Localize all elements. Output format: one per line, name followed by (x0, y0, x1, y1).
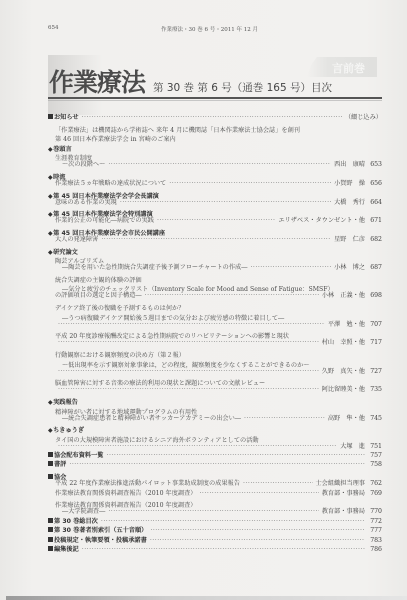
entry-page-number: 698 (368, 291, 382, 300)
toc-section: 第 30 巻著者別索引（五十音順）777 (48, 526, 382, 535)
toc-section: 編集後記786 (48, 545, 382, 554)
toc-entry: 統合失調症の主観的体験の評価 (48, 273, 382, 282)
toc-entry: 平澤 勉・他707 (48, 320, 382, 329)
entry-title: 平成 22 年度作業療法推進活動パイロット事業助成制度の成果報告 (55, 479, 240, 488)
issue-subtitle: 第 30 巻 第 6 号（通巻 165 号）目次 (153, 82, 332, 94)
entry-title: 作業的公正の可能化―病院での実践 (55, 216, 154, 225)
entry-title: 意味のある作業の実現 (55, 198, 117, 207)
leader-dots (157, 216, 275, 225)
square-bullet-icon (48, 537, 53, 542)
masthead: 作業療法第 30 巻 第 6 号（通巻 165 号）目次 (49, 63, 379, 93)
leader-dots (81, 395, 379, 404)
entry-title: 作業療法５ヵ年戦略の達成状況について (55, 179, 166, 188)
entry-title: ～次の段階へ～ (62, 160, 105, 169)
leader-dots (168, 226, 379, 235)
entry-author: 士会組織担当理事 (316, 479, 366, 488)
leader-dots (156, 207, 379, 216)
entry-title: 作業療法教育関係資料調査報告（2010 年度調査） (55, 489, 196, 498)
entry-page-number: 671 (368, 216, 382, 225)
document-page: 654 作業療法・30 巻 6 号・2011 年 12 月 言前巻 作業療法第 … (0, 0, 407, 600)
leader-dots (150, 536, 365, 545)
square-bullet-icon (48, 461, 53, 466)
entry-author: 村山 幸照・他 (322, 338, 365, 347)
leader-dots (287, 310, 379, 319)
entry-page-number: 758 (368, 460, 382, 469)
entry-author: 西出 康晴 (334, 160, 365, 169)
leader-dots (292, 329, 379, 338)
entry-title: ―統合失調症患者と精神障がい者サッカーアカデミーの出会い― (62, 414, 241, 423)
toc-entry: ―うつ病復職デイケア開始後５週目までの気分および疲労感の特徴に着目して― (48, 310, 382, 319)
leader-dots (150, 526, 365, 535)
leader-dots (95, 151, 379, 160)
toc-section: ◆第 45 回日本作業療法学会市民公開講座 (48, 226, 382, 235)
title-rule (48, 97, 382, 99)
toc-section: ◆第 45 回日本作業療法学会学会長講演 (48, 188, 382, 197)
toc-entry: 大塚 進751 (48, 442, 382, 451)
toc-section: ◆実践報告 (48, 395, 382, 404)
leader-dots (250, 263, 331, 272)
entry-author: 小賀野 操 (334, 179, 365, 188)
running-head: 654 作業療法・30 巻 6 号・2011 年 12 月 (48, 25, 379, 35)
section-title: 編集後記 (54, 545, 79, 554)
leader-dots (179, 132, 379, 141)
entry-author: 教育部・事務局 (322, 507, 365, 516)
entry-title: の評価項目の選定と因子構造― (55, 291, 142, 300)
entry-page-number: 682 (368, 235, 382, 244)
title-rule-shadow (48, 100, 382, 101)
leader-dots (337, 282, 379, 291)
square-bullet-icon (48, 452, 53, 457)
toc-entry: 生涯教育制度 (48, 151, 382, 160)
leader-dots (87, 423, 379, 432)
leader-dots (169, 179, 331, 188)
entry-page-number: 777 (368, 526, 382, 535)
toc-section: ◆第 45 回日本作業療法学会特別講演 (48, 207, 382, 216)
toc-entry: 「作業療法」は機関誌から学術誌へ 来年 4 月に機関誌「日本作業療法士協会誌」を… (48, 122, 382, 131)
entry-page-number: 664 (368, 198, 382, 207)
toc-entry: 久野 真矢・他727 (48, 367, 382, 376)
leader-dots (58, 338, 319, 347)
square-bullet-icon (48, 527, 53, 532)
entry-page-number: 772 (368, 517, 382, 526)
toc-entry: ～低出現率を示す観察対象事象は，どの程度，観察頻度を少なくすることができるのか～ (48, 357, 382, 366)
entry-author: 平澤 勉・他 (328, 320, 365, 329)
toc-entry: ―統合失調症患者と精神障がい者サッカーアカデミーの出会い―高野 隼・他745 (48, 414, 382, 423)
toc-entry: ―大学院調査―教育部・事務局770 (48, 507, 382, 516)
square-bullet-icon (48, 518, 53, 523)
toc-entry: 平成 20 年度診療報酬改定による急性期病院でのリハビリテーションへの影響と現状 (48, 329, 382, 338)
entry-page-number: 707 (368, 320, 382, 329)
toc-section: ◆研究論文 (48, 244, 382, 253)
entry-page-number: 751 (368, 442, 382, 451)
leader-dots (58, 367, 319, 376)
section-title: 投稿規定・執筆要領・投稿承諾書 (54, 536, 147, 545)
entry-author: 小林 博之 (334, 263, 365, 272)
toc-entry: 作業的公正の可能化―病院での実践エリザベス・タウンゼント・他671 (48, 216, 382, 225)
toc-entry: デイケア終了後の復職を予測するものは何か？ (48, 301, 382, 310)
toc-entry: 意味のある作業の実現大橋 秀行664 (48, 198, 382, 207)
entry-page-number: 770 (368, 507, 382, 516)
leader-dots (58, 385, 319, 394)
leader-dots (69, 460, 365, 469)
toc-entry: の評価項目の選定と因子構造―小林 正義・他698 (48, 291, 382, 300)
entry-author: 大橋 秀行 (334, 198, 365, 207)
leader-dots (58, 442, 337, 451)
toc-section: 書評758 (48, 460, 382, 469)
entry-page-number: 769 (368, 489, 382, 498)
leader-dots (145, 273, 379, 282)
toc-entry: 行動観察における観察頻度の決め方（第２報） (48, 348, 382, 357)
page-edge (6, 596, 407, 600)
entry-page-number: 757 (368, 451, 382, 460)
leader-dots (75, 141, 379, 150)
table-of-contents: お知らせ（綴じ込み）「作業療法」は機関誌から学術誌へ 来年 4 月に機関誌「日本… (48, 113, 382, 554)
leader-dots (313, 357, 380, 366)
leader-dots (107, 254, 379, 263)
toc-entry: タイ国の大規模障害者施設におけるシニア海外ボランティアとしての活動 (48, 432, 382, 441)
leader-dots (81, 244, 379, 253)
entry-page-number: 783 (368, 536, 382, 545)
leader-dots (145, 291, 319, 300)
leader-dots (107, 451, 366, 460)
entry-page-number: 762 (368, 479, 382, 488)
toc-entry: 村山 幸照・他717 (48, 338, 382, 347)
leader-dots (188, 348, 379, 357)
toc-section: 第 30 巻総目次772 (48, 517, 382, 526)
leader-dots (262, 432, 379, 441)
journal-info: 作業療法・30 巻 6 号・2011 年 12 月 (161, 25, 258, 33)
toc-entry: 第 46 回日本作業療法学会 in 宮崎のご案内 (48, 132, 382, 141)
entry-author: 阿比留睦美・他 (322, 385, 365, 394)
entry-page-number: 745 (368, 414, 382, 423)
leader-dots (58, 320, 325, 329)
toc-entry: ―気分と疲労のチェックリスト（Inventory Scale for Mood … (48, 282, 382, 291)
toc-section: 協会 (48, 470, 382, 479)
section-title: お知らせ (54, 113, 79, 122)
entry-page-number: 717 (368, 338, 382, 347)
section-title: 第 30 巻著者別索引（五十音順） (54, 526, 147, 535)
leader-dots (82, 545, 365, 554)
section-title: 書評 (54, 460, 66, 469)
toc-entry: ～次の段階へ～西出 康晴653 (48, 160, 382, 169)
toc-section: 協会配布資料一覧757 (48, 451, 382, 460)
leader-dots (244, 414, 325, 423)
toc-entry: 脳血管障害に対する音楽の療法的利用の現状と課題についての文献レビュー (48, 376, 382, 385)
toc-entry: 大人の発達障害星野 仁彦682 (48, 235, 382, 244)
toc-section: 投稿規定・執筆要領・投稿承諾書783 (48, 536, 382, 545)
entry-page-number: 656 (368, 179, 382, 188)
leader-dots (69, 470, 379, 479)
leader-dots (82, 113, 342, 122)
leader-dots (303, 122, 379, 131)
entry-title: 大人の発達障害 (55, 235, 98, 244)
entry-title: ―陶芸を用いた急性期統合失調症予後予測フローチャートの作成― (62, 263, 247, 272)
toc-entry: 作業療法５ヵ年戦略の達成状況について小賀野 操656 (48, 179, 382, 188)
journal-title: 作業療法 (49, 68, 145, 97)
entry-author: 大塚 進 (340, 442, 365, 451)
page-number: 654 (48, 25, 59, 31)
entry-author: 小林 正義・他 (322, 291, 365, 300)
toc-entry: 平成 22 年度作業療法推進活動パイロット事業助成制度の成果報告士会組織担当理事… (48, 479, 382, 488)
leader-dots (101, 517, 365, 526)
leader-dots (199, 489, 318, 498)
toc-entry: 阿比留睦美・他735 (48, 385, 382, 394)
entry-page-number: 735 (368, 385, 382, 394)
entry-page-number: 653 (368, 160, 382, 169)
leader-dots (69, 169, 380, 178)
leader-dots (108, 507, 318, 516)
entry-page-number: 687 (368, 263, 382, 272)
square-bullet-icon (48, 546, 53, 551)
leader-dots (199, 498, 379, 507)
entry-page-number: （綴じ込み） (345, 113, 382, 122)
toc-entry: 作業療法教育関係資料調査報告（2010 年度調査）教育部・事務局769 (48, 489, 382, 498)
toc-section: ◆時流 (48, 169, 382, 178)
entry-page-number: 727 (368, 367, 382, 376)
toc-entry: ―陶芸を用いた急性期統合失調症予後予測フローチャートの作成―小林 博之687 (48, 263, 382, 272)
leader-dots (243, 479, 313, 488)
toc-entry: 作業療法教育関係資料調査報告（2010 年度調査） (48, 498, 382, 507)
entry-author: 久野 真矢・他 (322, 367, 365, 376)
section-title: 第 30 巻総目次 (54, 517, 98, 526)
toc-section: ◆ちきゅうぎ (48, 423, 382, 432)
entry-title: ―大学院調査― (62, 507, 105, 516)
entry-author: 高野 隼・他 (328, 414, 365, 423)
leader-dots (120, 198, 331, 207)
toc-section: ◆巻頭言 (48, 141, 382, 150)
entry-author: 教育部・事務局 (322, 489, 365, 498)
entry-author: エリザベス・タウンゼント・他 (278, 216, 365, 225)
leader-dots (200, 404, 379, 413)
square-bullet-icon (48, 114, 53, 119)
leader-dots (187, 301, 379, 310)
toc-entry: 陶芸アルゴリズム (48, 254, 382, 263)
entry-page-number: 786 (368, 545, 382, 554)
leader-dots (108, 160, 331, 169)
entry-author: 星野 仁彦 (334, 235, 365, 244)
toc-entry: 精神障がい者に対する地域運動プログラムの有用性 (48, 404, 382, 413)
toc-section: お知らせ（綴じ込み） (48, 113, 382, 122)
leader-dots (101, 235, 331, 244)
section-title: 協会配布資料一覧 (54, 451, 104, 460)
leader-dots (268, 376, 379, 385)
leader-dots (162, 188, 379, 197)
